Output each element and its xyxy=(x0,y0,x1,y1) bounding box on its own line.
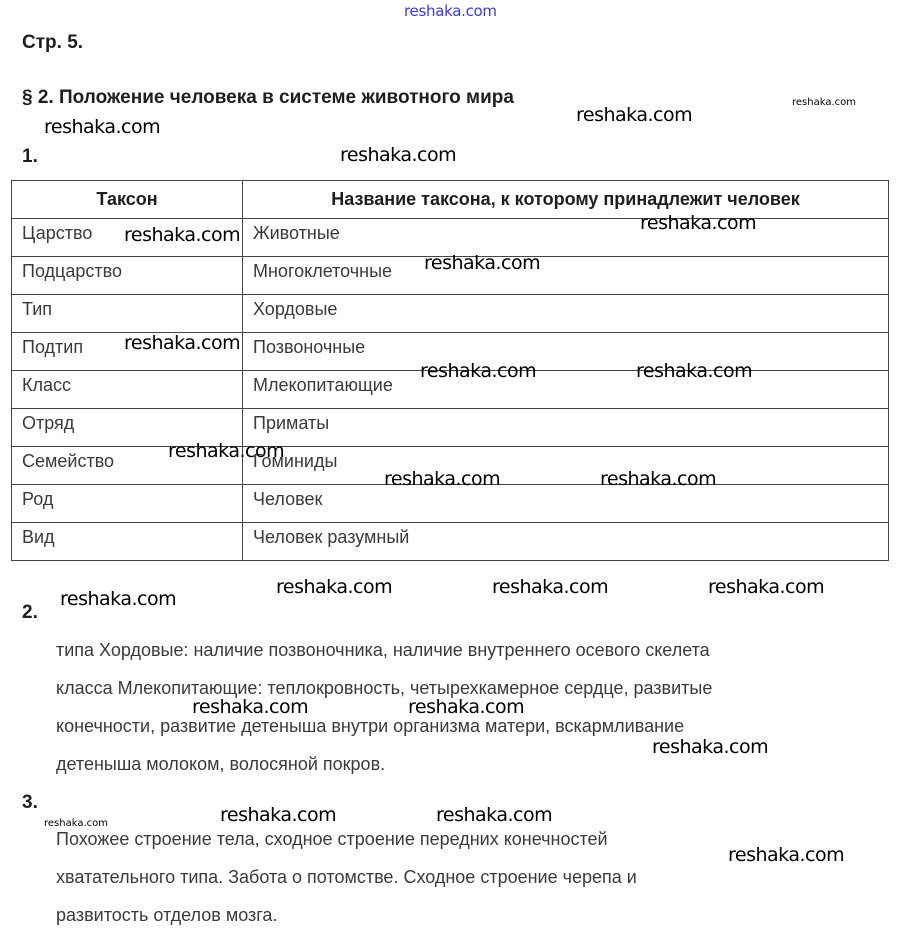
watermark: reshaka.com xyxy=(340,144,456,166)
question-number-1: 1. xyxy=(22,146,38,168)
table-row: ОтрядПриматы xyxy=(12,409,889,447)
watermark: reshaka.com xyxy=(192,696,308,718)
watermark: reshaka.com xyxy=(708,576,824,598)
answer-2-text: типа Хордовые: наличие позвоночника, нал… xyxy=(56,631,712,783)
watermark: reshaka.com xyxy=(276,576,392,598)
watermark: reshaka.com xyxy=(44,818,108,829)
answer-line: конечности, развитие детеныша внутри орг… xyxy=(56,707,712,745)
watermark: reshaka.com xyxy=(424,252,540,274)
watermark: reshaka.com xyxy=(600,468,716,490)
taxon-cell: Класс xyxy=(12,371,243,409)
watermark: reshaka.com xyxy=(60,588,176,610)
watermark: reshaka.com xyxy=(636,360,752,382)
answer-line: детеныша молоком, волосяной покров. xyxy=(56,745,712,783)
watermark: reshaka.com xyxy=(640,212,756,234)
taxon-cell: Подцарство xyxy=(12,257,243,295)
watermark: reshaka.com xyxy=(408,696,524,718)
answer-line: развитость отделов мозга. xyxy=(56,896,637,934)
watermark: reshaka.com xyxy=(124,224,240,246)
watermark: reshaka.com xyxy=(124,332,240,354)
taxon-name-cell: Приматы xyxy=(243,409,889,447)
column-header-taxon: Таксон xyxy=(12,181,243,219)
taxon-name-cell: Человек разумный xyxy=(243,523,889,561)
column-header-name: Название таксона, к которому принадлежит… xyxy=(243,181,889,219)
answer-line: хватательного типа. Забота о потомстве. … xyxy=(56,858,637,896)
taxon-cell: Вид xyxy=(12,523,243,561)
question-number-3: 3. xyxy=(22,792,38,814)
watermark: reshaka.com xyxy=(492,576,608,598)
watermark: reshaka.com xyxy=(792,97,856,108)
section-title: § 2. Положение человека в системе животн… xyxy=(22,87,514,109)
watermark: reshaka.com xyxy=(652,736,768,758)
watermark: reshaka.com xyxy=(576,104,692,126)
watermark: reshaka.com xyxy=(436,804,552,826)
taxon-name-cell: Позвоночные xyxy=(243,333,889,371)
watermark: reshaka.com xyxy=(728,844,844,866)
taxon-cell: Род xyxy=(12,485,243,523)
question-number-2: 2. xyxy=(22,602,38,624)
watermark: reshaka.com xyxy=(220,804,336,826)
watermark: reshaka.com xyxy=(168,440,284,462)
table-row: ТипХордовые xyxy=(12,295,889,333)
watermark: reshaka.com xyxy=(420,360,536,382)
table-row: РодЧеловек xyxy=(12,485,889,523)
taxon-cell: Тип xyxy=(12,295,243,333)
site-logo[interactable]: reshaka.com xyxy=(404,2,497,20)
table-header-row: Таксон Название таксона, к которому прин… xyxy=(12,181,889,219)
answer-line: типа Хордовые: наличие позвоночника, нал… xyxy=(56,631,712,669)
taxon-name-cell: Гоминиды xyxy=(243,447,889,485)
answer-3-text: Похожее строение тела, сходное строение … xyxy=(56,820,637,934)
taxon-name-cell: Человек xyxy=(243,485,889,523)
taxon-name-cell: Хордовые xyxy=(243,295,889,333)
watermark: reshaka.com xyxy=(384,468,500,490)
answer-line: класса Млекопитающие: теплокровность, че… xyxy=(56,669,712,707)
table-row: ВидЧеловек разумный xyxy=(12,523,889,561)
taxon-name-cell: Многоклеточные xyxy=(243,257,889,295)
taxon-name-cell: Млекопитающие xyxy=(243,371,889,409)
watermark: reshaka.com xyxy=(44,116,160,138)
taxon-name-cell: Животные xyxy=(243,219,889,257)
page-label: Стр. 5. xyxy=(22,32,83,54)
